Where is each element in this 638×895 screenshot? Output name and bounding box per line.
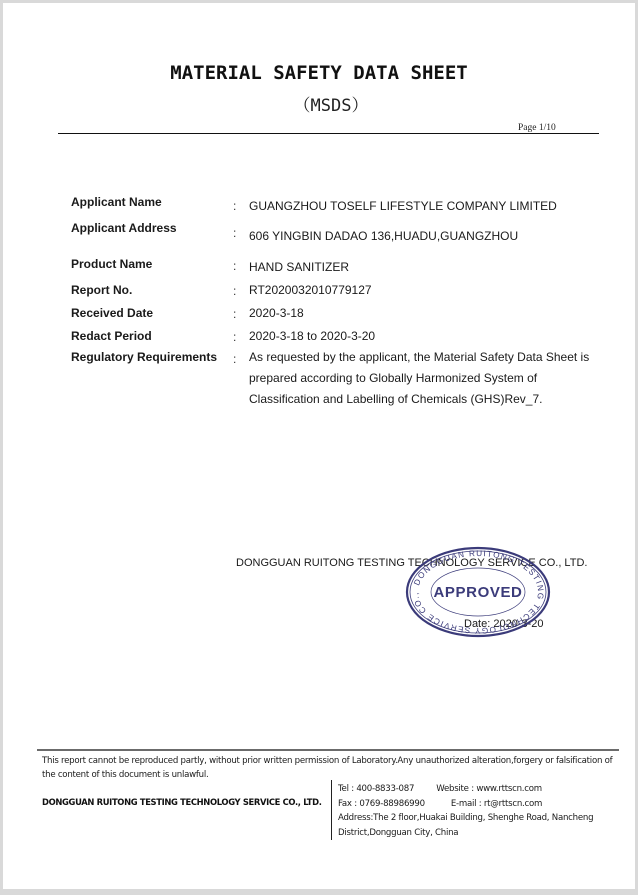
info-label: Applicant Address <box>71 221 177 235</box>
footer-tel: Tel : 400-8833-087 <box>338 784 414 794</box>
regulatory-line: As requested by the applicant, the Mater… <box>249 347 589 368</box>
header-divider <box>58 133 599 134</box>
info-label: Applicant Name <box>71 195 162 209</box>
footer-divider <box>37 749 619 751</box>
info-label: Product Name <box>71 257 152 271</box>
info-value: 2020-3-18 <box>249 306 304 320</box>
page-indicator: Page 1/10 <box>518 123 556 133</box>
footer-website[interactable]: Website : www.rttscn.com <box>436 784 542 794</box>
regulatory-line: Classification and Labelling of Chemical… <box>249 389 589 410</box>
footer-vertical-divider <box>331 780 332 840</box>
info-colon: : <box>233 330 236 344</box>
footer-address-line: District,Dongguan City, China <box>338 826 593 841</box>
info-label: Report No. <box>71 283 132 297</box>
info-value: 2020-3-18 to 2020-3-20 <box>249 329 375 343</box>
regulatory-line: prepared according to Globally Harmonize… <box>249 368 589 389</box>
document-title: MATERIAL SAFETY DATA SHEET <box>0 62 638 84</box>
footer-disclaimer: This report cannot be reproduced partly,… <box>42 754 622 782</box>
info-label: Received Date <box>71 306 153 320</box>
info-value: HAND SANITIZER <box>249 260 349 274</box>
info-label: Redact Period <box>71 329 152 343</box>
info-value: RT2020032010779127 <box>249 283 372 297</box>
info-colon: : <box>233 259 236 273</box>
info-value: GUANGZHOU TOSELF LIFESTYLE COMPANY LIMIT… <box>249 199 557 213</box>
approved-stamp-icon: DONGGUAN RUITONG TESTING TECHNOLOGY SERV… <box>404 546 552 638</box>
footer-email[interactable]: E-mail : rt@rttscn.com <box>451 799 542 809</box>
info-label: Regulatory Requirements <box>71 350 217 364</box>
info-colon: : <box>233 226 236 240</box>
footer-company-name: DONGGUAN RUITONG TESTING TECHNOLOGY SERV… <box>42 797 322 807</box>
info-colon: : <box>233 284 236 298</box>
footer-contact: Tel : 400-8833-087Website : www.rttscn.c… <box>338 782 593 840</box>
document-subtitle: （MSDS） <box>0 91 638 116</box>
info-colon: : <box>233 199 236 213</box>
footer-fax: Fax : 0769-88986990 <box>338 799 425 809</box>
footer-address-line: Address:The 2 floor,Huakai Building, She… <box>338 811 593 826</box>
info-colon: : <box>233 307 236 321</box>
info-value-multiline: As requested by the applicant, the Mater… <box>249 347 589 410</box>
info-value: 606 YINGBIN DADAO 136,HUADU,GUANGZHOU <box>249 229 518 243</box>
stamp-text: APPROVED <box>434 584 523 601</box>
info-colon: : <box>233 352 236 366</box>
